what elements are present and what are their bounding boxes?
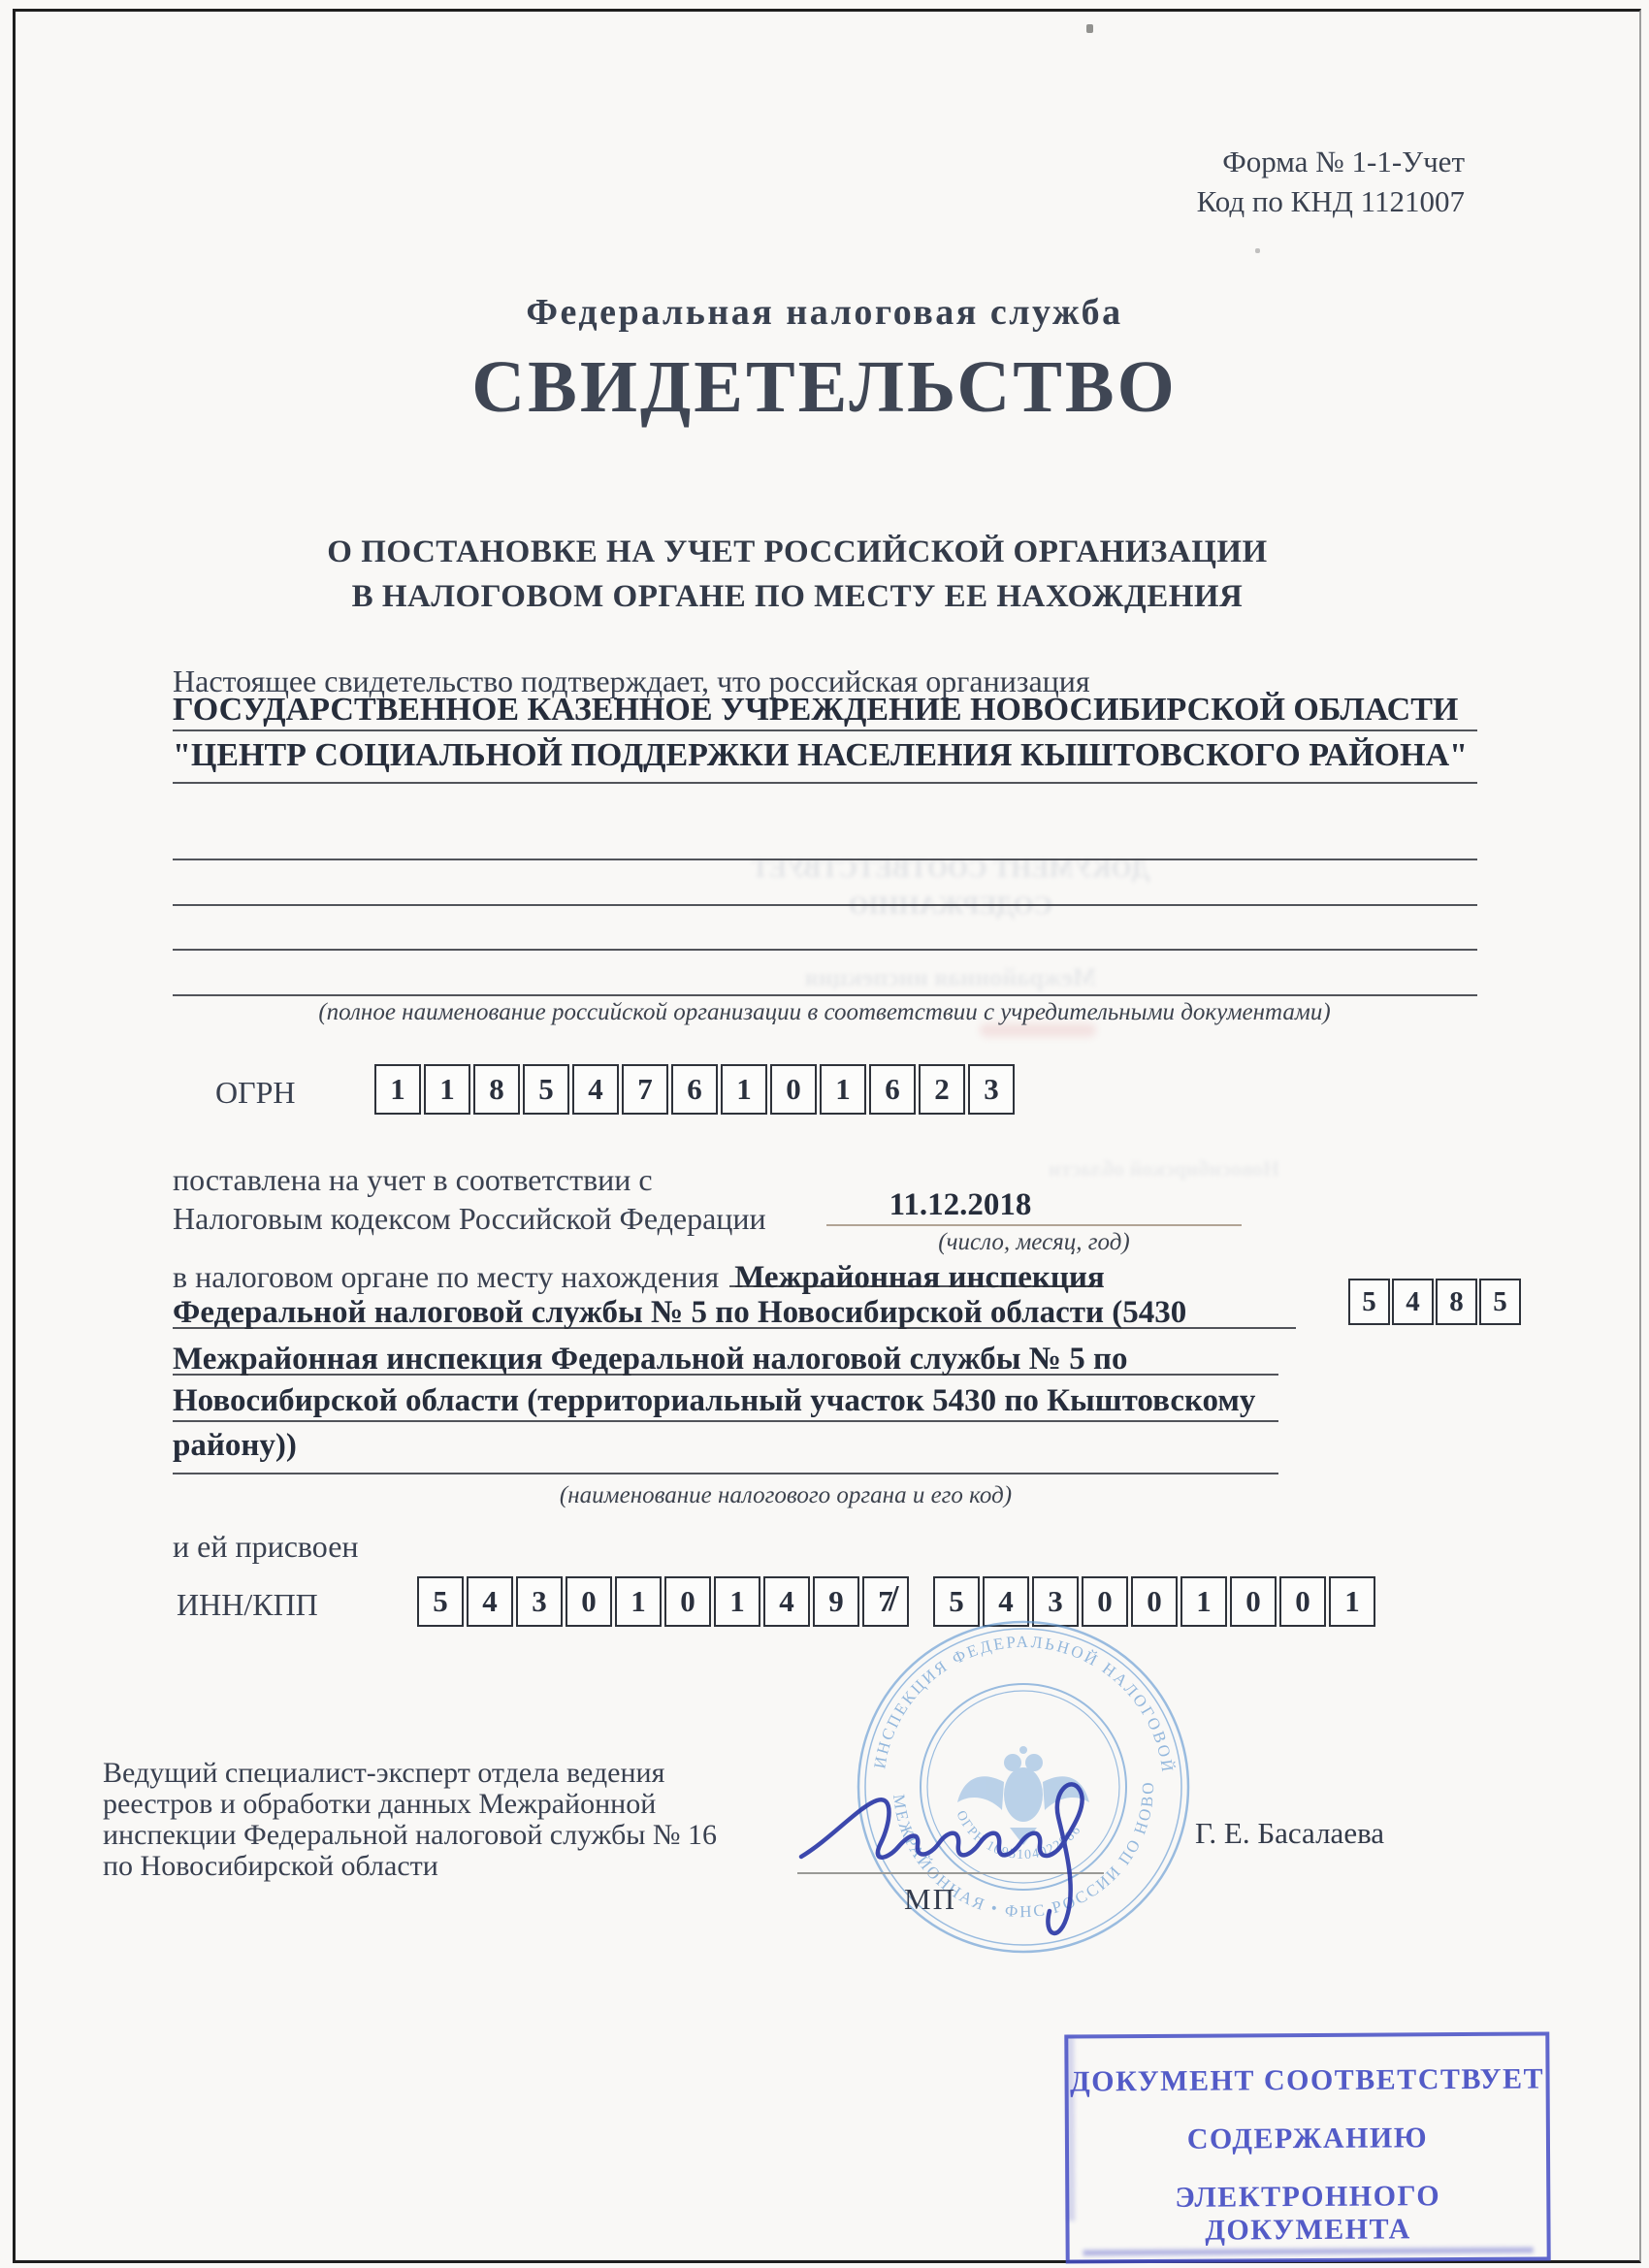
stamp-ink-smear <box>1083 2248 1534 2256</box>
stamp-ink-smear <box>1066 2036 1075 2220</box>
handwritten-signature <box>0 0 1649 2268</box>
scanned-certificate-page: Форма № 1-1-Учет Код по КНД 1121007 Феде… <box>0 0 1649 2268</box>
official-name: Г. Е. Басалаева <box>1195 1816 1384 1851</box>
stamp-line3: ЭЛЕКТРОННОГО ДОКУМЕНТА <box>1069 2179 1546 2248</box>
electronic-document-stamp: ДОКУМЕНТ СООТВЕТСТВУЕТ СОДЕРЖАНИЮ ЭЛЕКТР… <box>1064 2031 1550 2263</box>
stamp-line2: СОДЕРЖАНИЮ <box>1069 2121 1546 2156</box>
stamp-line1: ДОКУМЕНТ СООТВЕТСТВУЕТ <box>1068 2062 1545 2098</box>
mp-seal-label: МП <box>904 1882 956 1917</box>
